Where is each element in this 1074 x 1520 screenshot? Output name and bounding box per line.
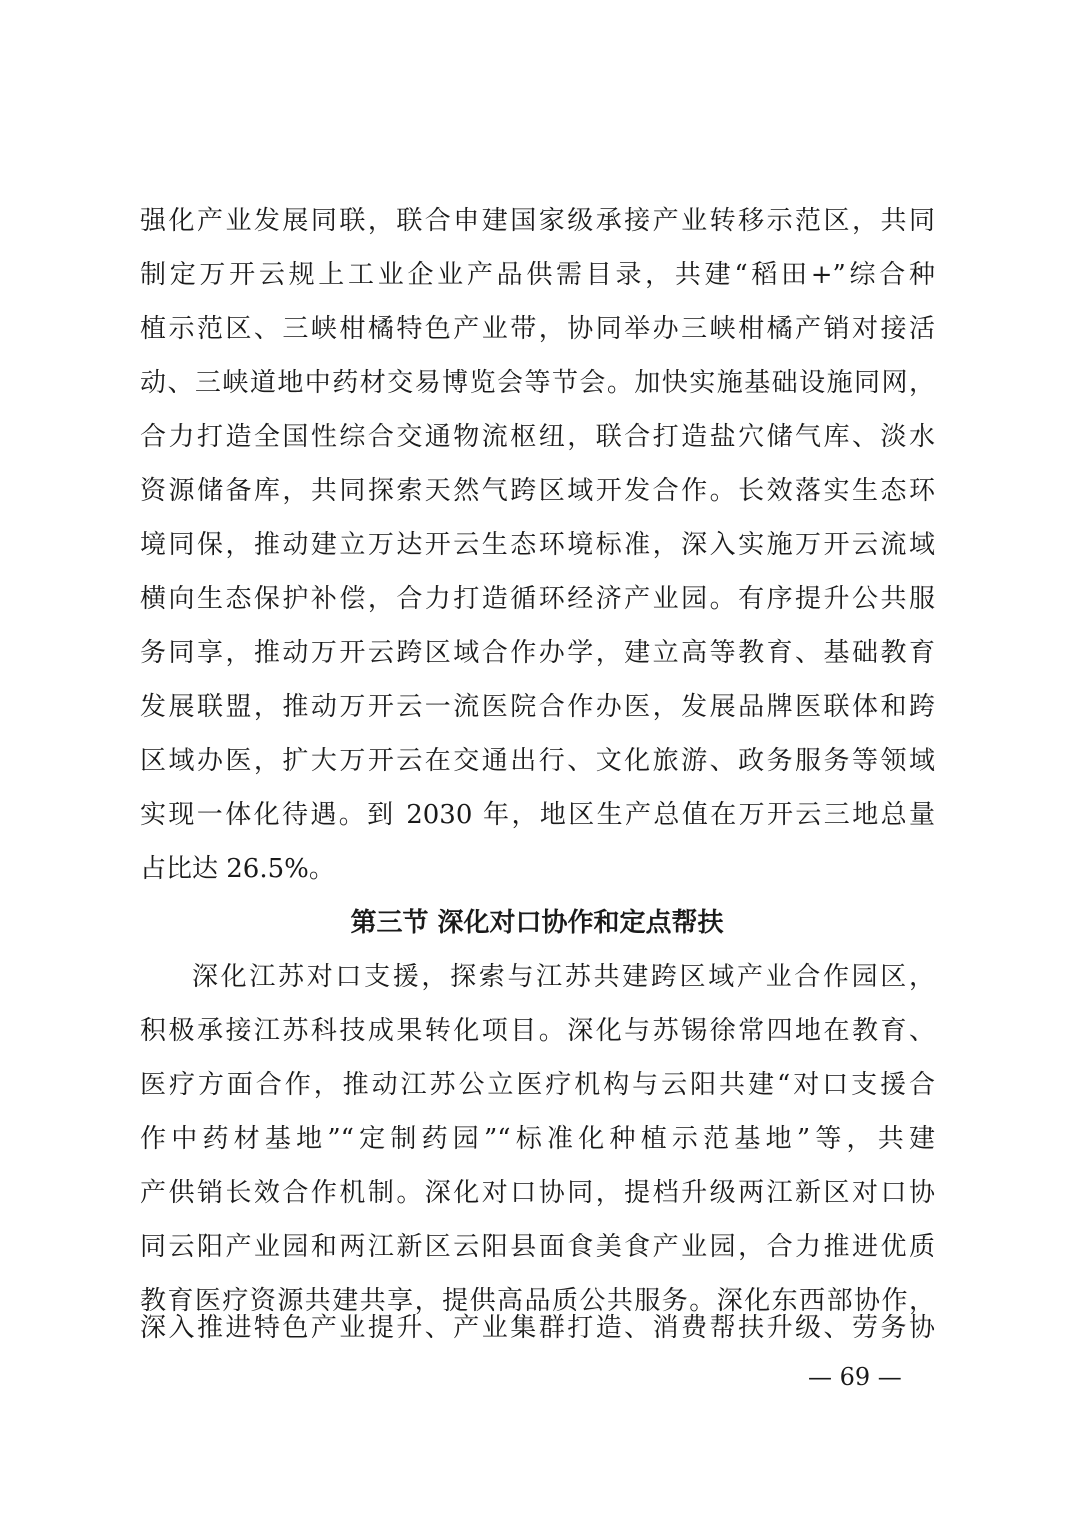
- paragraph-line: 实现一体化待遇。到 2030 年，地区生产总值在万开云三地总量: [140, 802, 935, 828]
- paragraph-line: 资源储备库，共同探索天然气跨区域开发合作。长效落实生态环: [140, 478, 935, 504]
- paragraph-line: 积极承接江苏科技成果转化项目。深化与苏锡徐常四地在教育、: [140, 1018, 935, 1044]
- paragraph-line: 强化产业发展同联，联合申建国家级承接产业转移示范区，共同: [140, 208, 935, 234]
- paragraph-line: 发展联盟，推动万开云一流医院合作办医，发展品牌医联体和跨: [140, 694, 935, 720]
- page-number: — 69 —: [808, 1365, 902, 1389]
- paragraph-line: 产供销长效合作机制。深化对口协同，提档升级两江新区对口协: [140, 1180, 935, 1206]
- paragraph-line: 占比达 26.5%。: [140, 856, 935, 882]
- paragraph-line: 区域办医，扩大万开云在交通出行、文化旅游、政务服务等领域: [140, 748, 935, 774]
- paragraph-line: 植示范区、三峡柑橘特色产业带，协同举办三峡柑橘产销对接活: [140, 316, 935, 342]
- paragraph-line: 制定万开云规上工业企业产品供需目录，共建“稻田+”综合种: [140, 262, 935, 288]
- paragraph-line: 动、三峡道地中药材交易博览会等节会。加快实施基础设施同网，: [140, 370, 935, 396]
- paragraph-line: 医疗方面合作，推动江苏公立医疗机构与云阳共建“对口支援合: [140, 1072, 935, 1098]
- paragraph-line: 合力打造全国性综合交通物流枢纽，联合打造盐穴储气库、淡水: [140, 424, 935, 450]
- paragraph-line: 横向生态保护补偿，合力打造循环经济产业园。有序提升公共服: [140, 586, 935, 612]
- document-page: 强化产业发展同联，联合申建国家级承接产业转移示范区，共同 制定万开云规上工业企业…: [0, 0, 1074, 1520]
- paragraph-line: 深化江苏对口支援，探索与江苏共建跨区域产业合作园区，: [192, 964, 935, 990]
- paragraph-line: 深入推进特色产业提升、产业集群打造、消费帮扶升级、劳务协: [140, 1315, 935, 1341]
- paragraph-line: 境同保，推动建立万达开云生态环境标准，深入实施万开云流域: [140, 532, 935, 558]
- paragraph-line: 作中药材基地”“定制药园”“标准化种植示范基地”等，共建: [140, 1126, 935, 1152]
- section-heading: 第三节 深化对口协作和定点帮扶: [0, 910, 1074, 936]
- paragraph-line: 同云阳产业园和两江新区云阳县面食美食产业园，合力推进优质: [140, 1234, 935, 1260]
- paragraph-line: 务同享，推动万开云跨区域合作办学，建立高等教育、基础教育: [140, 640, 935, 666]
- paragraph-line: 教育医疗资源共建共享，提供高品质公共服务。深化东西部协作，: [140, 1288, 935, 1314]
